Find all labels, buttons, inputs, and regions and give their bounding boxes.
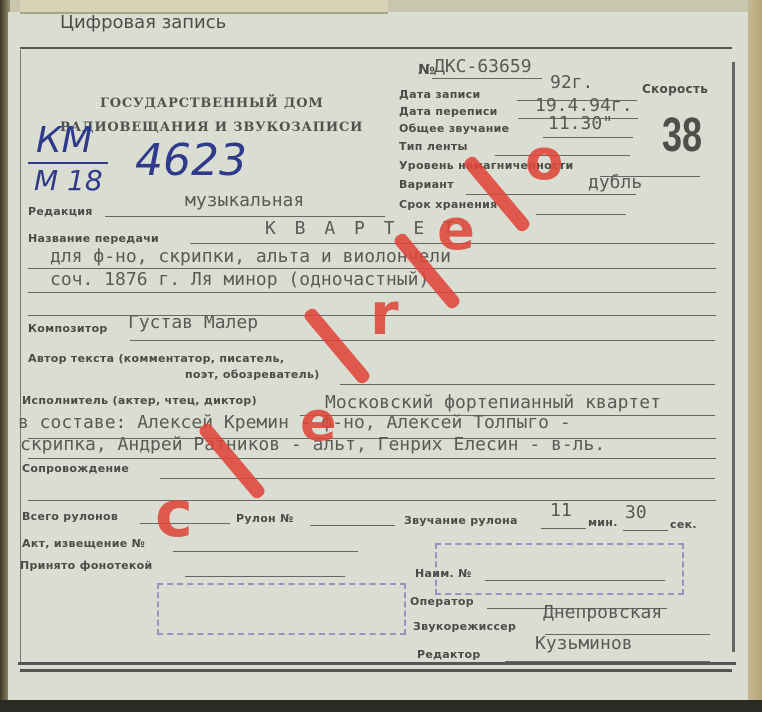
catalog-code-top: КМ	[36, 120, 93, 161]
operator-value: Днепровская	[543, 602, 662, 623]
accompaniment-extra-line	[28, 500, 716, 501]
text-author-label: Автор текста (комментатор, писатель,	[28, 352, 284, 365]
act-label: Акт, извещение №	[22, 537, 145, 550]
editor-label: Редактор	[417, 648, 481, 661]
recording-date-label: Дата записи	[399, 88, 481, 101]
stereo-stamp-letter-c: c	[155, 478, 193, 552]
performer-label: Исполнитель (актер, чтец, диктор)	[22, 394, 257, 407]
performer-line1: Московский фортепианный квартет	[325, 392, 661, 413]
photo-bottom-edge	[0, 700, 762, 712]
purple-ink-stamp-left	[157, 583, 406, 635]
reel-duration-label: Звучание рулона	[404, 514, 518, 527]
storage-line	[536, 214, 626, 215]
total-duration-label: Общее звучание	[399, 122, 509, 135]
stereo-stamp-letter-e1: e	[300, 390, 337, 453]
reel-seconds-value: 30	[625, 502, 647, 523]
performer-line2: в составе: Алексей Кремин - ф-но, Алексе…	[18, 412, 571, 433]
catalog-number: 4623	[135, 135, 247, 186]
card-header: Цифровая запись	[60, 12, 226, 33]
performer-line3-rule	[28, 458, 716, 459]
editorial-value: музыкальная	[185, 190, 304, 211]
composer-label: Композитор	[28, 322, 108, 335]
card-right-edge	[748, 0, 762, 712]
recording-date-value: 92г.	[550, 72, 593, 93]
copy-no-line	[485, 580, 665, 581]
editorial-line	[105, 216, 385, 217]
record-number: ДКС-63659	[434, 56, 532, 77]
organization-line1: ГОСУДАРСТВЕННЫЙ ДОМ	[100, 96, 324, 111]
purple-ink-stamp-right	[435, 543, 684, 595]
scanned-card-photo: Цифровая запись ГОСУДАРСТВЕННЫЙ ДОМ РАДИ…	[0, 0, 762, 712]
speed-label: Скорость	[642, 82, 708, 96]
accompaniment-label: Сопровождение	[22, 462, 129, 475]
total-reels-label: Всего рулонов	[22, 510, 118, 523]
catalog-code-bottom: М 18	[34, 164, 103, 197]
frame-right-border	[732, 62, 735, 652]
title-line2: для ф-но, скрипки, альта и виолончели	[50, 246, 451, 267]
sound-engineer-value: Кузьминов	[535, 633, 633, 654]
act-line	[173, 551, 358, 552]
operator-label: Оператор	[410, 595, 474, 608]
record-number-prefix: №	[418, 62, 435, 78]
composer-value: Густав Малер	[128, 312, 258, 333]
variant-value: дубль	[588, 172, 642, 193]
title-value: К В А Р Т Е Т	[265, 218, 458, 239]
rerecording-date-label: Дата переписи	[399, 105, 498, 118]
frame-left-border	[20, 50, 21, 665]
sound-engineer-label: Звукорежиссер	[413, 620, 516, 633]
reel-seconds-line	[623, 530, 668, 531]
reel-minutes-line	[541, 528, 586, 529]
title-label: Название передачи	[28, 232, 159, 245]
copy-no-label: Наим. №	[415, 567, 472, 580]
stereo-stamp-letter-e2: e	[437, 198, 475, 263]
reel-minutes-value: 11	[550, 500, 572, 521]
tape-type-label: Тип ленты	[399, 140, 468, 153]
record-number-underline	[432, 78, 542, 79]
organization-line2: РАДИОВЕЩАНИЯ И ЗВУКОЗАПИСИ	[60, 120, 363, 135]
editorial-label: Редакция	[28, 205, 93, 218]
seconds-label: сек.	[670, 518, 697, 531]
accepted-line	[185, 576, 345, 577]
stereo-stamp-letter-r: r	[370, 280, 399, 348]
minutes-label: мин.	[588, 516, 618, 529]
text-author-line	[340, 384, 715, 385]
reel-no-label: Рулон №	[236, 512, 294, 525]
variant-label: Вариант	[399, 178, 454, 191]
accepted-label: Принято фонотекой	[20, 559, 153, 572]
speed-value: 38	[662, 108, 702, 163]
reel-no-line	[310, 525, 395, 526]
stereo-stamp-letter-o: o	[525, 128, 563, 193]
composer-line	[130, 340, 715, 341]
form-bottom-border	[18, 662, 736, 665]
text-author-label2: поэт, обозреватель)	[185, 368, 320, 381]
